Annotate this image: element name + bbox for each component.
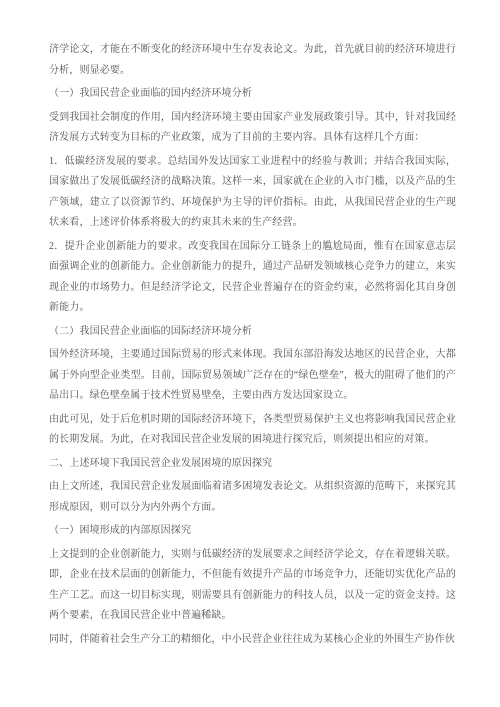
paragraph-item-2-innovation: 2．提升企业创新能力的要求。改变我国在国际分工链条上的尴尬局面，惟有在国家意志层…	[49, 237, 456, 319]
paragraph-domestic-policy: 受到我国社会制度的作用，国内经济环境主要由国家产业发展政策引导。其中，针对我国经…	[49, 108, 456, 149]
document-text-body: 济学论文，才能在不断变化的经济环境中生存发表论文。为此，首先就目前的经济环境进行…	[49, 40, 456, 653]
section-heading-international-environment: （二）我国民营企业面临的国际经济环境分析	[49, 322, 456, 343]
paragraph-item-1-low-carbon: 1．低碳经济发展的要求。总结国外发达国家工业进程中的经验与教训；并结合我国实际，…	[49, 152, 456, 234]
section-heading-domestic-environment: （一）我国民营企业面临的国内经济环境分析	[49, 84, 456, 105]
section-heading-internal-causes: （一）困境形成的内部原因探究	[49, 521, 456, 542]
paragraph-continuation: 济学论文，才能在不断变化的经济环境中生存发表论文。为此，首先就目前的经济环境进行…	[49, 40, 456, 81]
paragraph-division-of-labor: 同时，伴随着社会生产分工的精细化，中小民营企业往往成为某核心企业的外围生产协作伙	[49, 630, 456, 651]
document-page: 济学论文，才能在不断变化的经济环境中生存发表论文。为此，首先就目前的经济环境进行…	[0, 0, 500, 707]
paragraph-internal-cause-detail: 上文提到的企业创新能力，实则与低碳经济的发展要求之间经济学论文，存在着逻辑关联。…	[49, 545, 456, 627]
paragraph-cause-overview: 由上文所述，我国民营企业发展面临着诸多困境发表论文。从组织资源的范畴下，来探究其…	[49, 477, 456, 518]
section-heading-difficulty-causes: 二、上述环境下我国民营企业发展困境的原因探究	[49, 454, 456, 475]
paragraph-trade-protectionism: 由此可见，处于后危机时期的国际经济环境下，各类型贸易保护主义也将影响我国民营企业…	[49, 410, 456, 451]
paragraph-foreign-trade: 国外经济环境，主要通过国际贸易的形式来体现。我国东部沿海发达地区的民营企业，大都…	[49, 345, 456, 407]
